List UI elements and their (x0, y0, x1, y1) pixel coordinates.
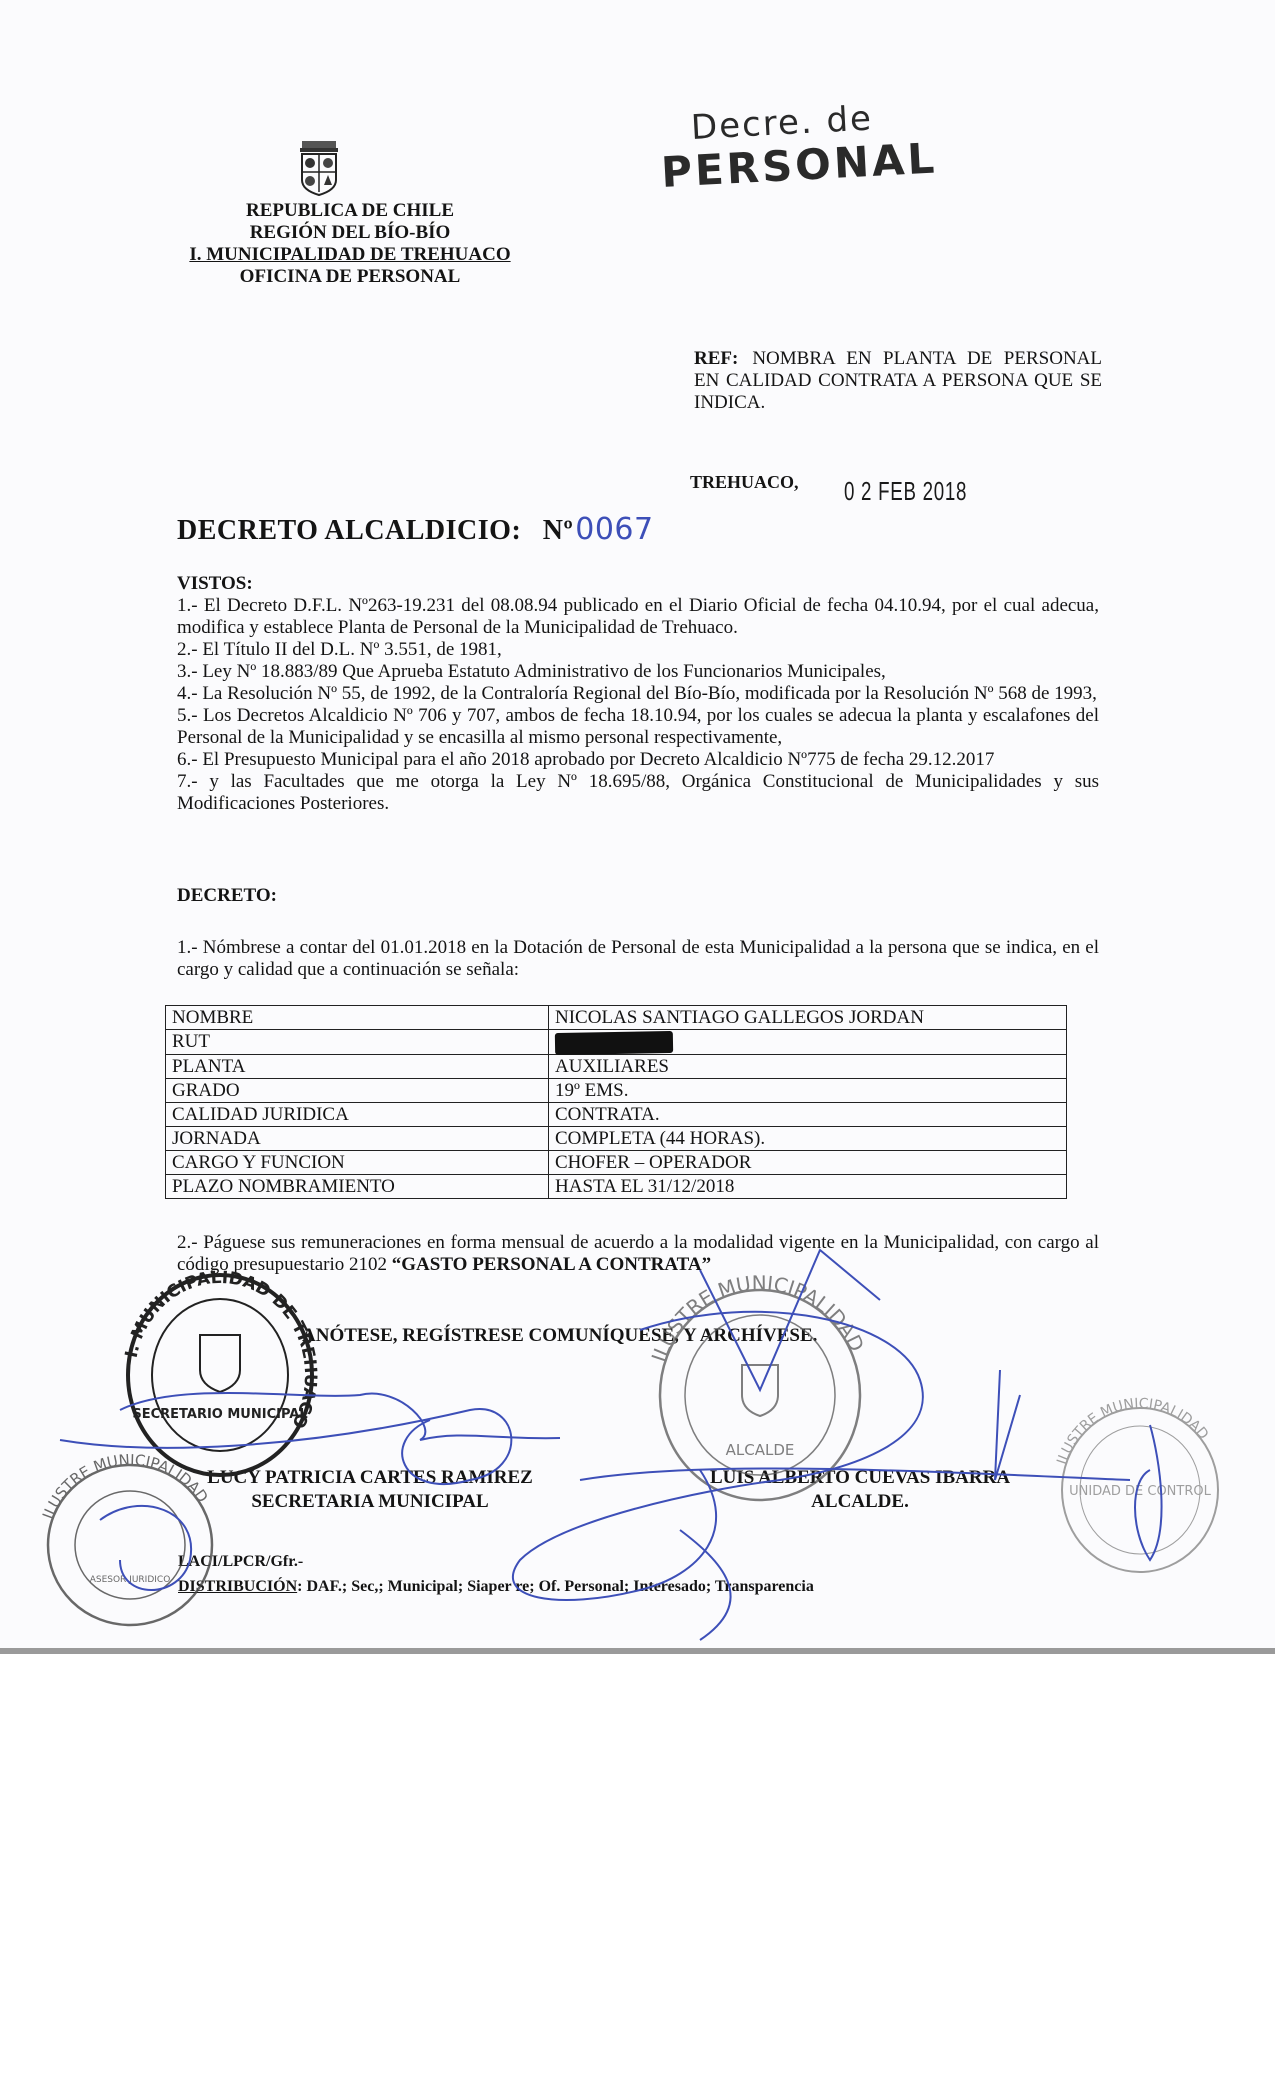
table-row: PLAZO NOMBRAMIENTOHASTA EL 31/12/2018 (166, 1174, 1067, 1198)
vistos-item: 3.- Ley Nº 18.883/89 Que Aprueba Estatut… (177, 661, 1099, 683)
table-row: CALIDAD JURIDICACONTRATA. (166, 1102, 1067, 1126)
table-cell-label: JORNADA (166, 1126, 549, 1150)
vistos-section: VISTOS: 1.- El Decreto D.F.L. Nº263-19.2… (177, 573, 1099, 815)
table-cell-label: NOMBRE (166, 1006, 549, 1030)
table-cell-value: 19º EMS. (549, 1078, 1067, 1102)
signature-block-mayor: LUIS ALBERTO CUEVAS IBARRA ALCALDE. (660, 1466, 1060, 1514)
date-stamp: 0 2 FEB 2018 (844, 476, 967, 507)
vistos-item: 5.- Los Decretos Alcaldicio Nº 706 y 707… (177, 705, 1099, 749)
table-cell-label: PLAZO NOMBRAMIENTO (166, 1174, 549, 1198)
vistos-item: 1.- El Decreto D.F.L. Nº263-19.231 del 0… (177, 595, 1099, 639)
municipal-crest-icon (296, 140, 342, 196)
table-cell-value: AUXILIARES (549, 1054, 1067, 1078)
appointment-table-grid: NOMBRENICOLAS SANTIAGO GALLEGOS JORDANRU… (165, 1005, 1067, 1199)
vistos-heading: VISTOS: (177, 573, 1099, 595)
signatory-title: SECRETARIA MUNICIPAL (170, 1490, 570, 1514)
signatory-name: LUIS ALBERTO CUEVAS IBARRA (660, 1466, 1060, 1490)
scan-edge (0, 1648, 1275, 1654)
table-cell-label: CALIDAD JURIDICA (166, 1102, 549, 1126)
table-cell-label: GRADO (166, 1078, 549, 1102)
table-row: CARGO Y FUNCIONCHOFER – OPERADOR (166, 1150, 1067, 1174)
table-row: PLANTAAUXILIARES (166, 1054, 1067, 1078)
table-cell-value: NICOLAS SANTIAGO GALLEGOS JORDAN (549, 1006, 1067, 1030)
closing-formula: ANÓTESE, REGÍSTRESE COMUNÍQUESE, Y ARCHÍ… (302, 1325, 817, 1347)
vistos-item: 4.- La Resolución Nº 55, de 1992, de la … (177, 683, 1099, 705)
table-row: GRADO19º EMS. (166, 1078, 1067, 1102)
vistos-item: 7.- y las Facultades que me otorga la Le… (177, 771, 1099, 815)
table-row: JORNADACOMPLETA (44 HORAS). (166, 1126, 1067, 1150)
decree-number-prefix: Nº (543, 515, 573, 546)
table-cell-label: RUT (166, 1030, 549, 1055)
redaction-bar (555, 1031, 673, 1055)
table-cell-value-redacted (549, 1030, 1067, 1055)
decreto-heading-block: DECRETO: (177, 885, 1099, 907)
decreto-item-1: 1.- Nómbrese a contar del 01.01.2018 en … (177, 937, 1099, 981)
decree-title-text: DECRETO ALCALDICIO: (177, 515, 521, 546)
item2-budget-code: “GASTO PERSONAL A CONTRATA” (392, 1254, 711, 1275)
table-cell-value: HASTA EL 31/12/2018 (549, 1174, 1067, 1198)
reference-block: REF:NOMBRA EN PLANTA DE PERSONAL EN CALI… (694, 348, 1102, 414)
initials-reference: LACI/LPCR/Gfr.- (178, 1553, 303, 1571)
decree-title: DECRETO ALCALDICIO: Nº0067 (177, 512, 654, 547)
table-row: RUT (166, 1030, 1067, 1055)
ref-label: REF: (694, 348, 738, 369)
org-line-office: OFICINA DE PERSONAL (160, 266, 540, 288)
decreto-heading: DECRETO: (177, 885, 1099, 907)
decreto-item-2: 2.- Páguese sus remuneraciones en forma … (177, 1232, 1099, 1276)
decree-number-handwritten: 0067 (575, 512, 653, 547)
table-cell-value: CHOFER – OPERADOR (549, 1150, 1067, 1174)
signatory-title: ALCALDE. (660, 1490, 1060, 1514)
distribution-label: DISTRIBUCIÓN (178, 1578, 297, 1595)
org-line-country: REPUBLICA DE CHILE (160, 200, 540, 222)
org-line-municipality: I. MUNICIPALIDAD DE TREHUACO (160, 244, 540, 266)
appointment-table: NOMBRENICOLAS SANTIAGO GALLEGOS JORDANRU… (165, 1005, 1067, 1199)
vistos-item: 6.- El Presupuesto Municipal para el año… (177, 749, 1099, 771)
ref-text: NOMBRA EN PLANTA DE PERSONAL EN CALIDAD … (694, 348, 1102, 413)
table-row: NOMBRENICOLAS SANTIAGO GALLEGOS JORDAN (166, 1006, 1067, 1030)
signature-block-secretary: LUCY PATRICIA CARTES RAMIREZ SECRETARIA … (170, 1466, 570, 1514)
distribution-line: DISTRIBUCIÓN: DAF.; Sec,; Municipal; Sia… (178, 1578, 814, 1596)
distribution-list: : DAF.; Sec,; Municipal; Siaper re; Of. … (297, 1578, 814, 1595)
org-line-region: REGIÓN DEL BÍO-BÍO (160, 222, 540, 244)
place-label: TREHUACO, (690, 472, 799, 493)
signatory-name: LUCY PATRICIA CARTES RAMIREZ (170, 1466, 570, 1490)
table-cell-label: PLANTA (166, 1054, 549, 1078)
table-cell-label: CARGO Y FUNCION (166, 1150, 549, 1174)
table-cell-value: CONTRATA. (549, 1102, 1067, 1126)
vistos-item: 2.- El Título II del D.L. Nº 3.551, de 1… (177, 639, 1099, 661)
table-cell-value: COMPLETA (44 HORAS). (549, 1126, 1067, 1150)
organization-header: REPUBLICA DE CHILE REGIÓN DEL BÍO-BÍO I.… (160, 200, 540, 288)
